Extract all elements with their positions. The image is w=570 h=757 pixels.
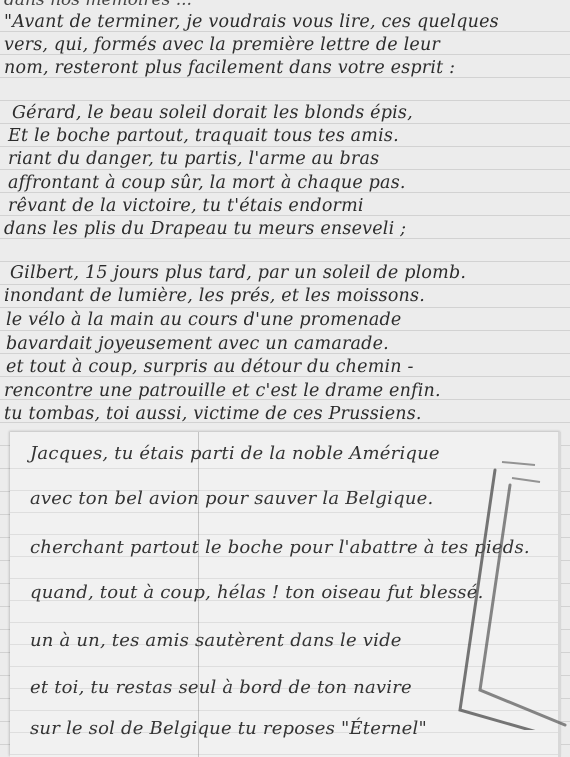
verse-line: Et le boche partout, traquait tous tes a…: [8, 126, 399, 146]
verse-line: avec ton bel avion pour sauver la Belgiq…: [30, 488, 433, 509]
verse-line: dans les plis du Drapeau tu meurs enseve…: [4, 219, 406, 239]
verse-line: quand, tout à coup, hélas ! ton oiseau f…: [30, 582, 484, 603]
intro-line: nom, resteront plus facilement dans votr…: [4, 58, 455, 78]
verse-line: inondant de lumière, les prés, et les mo…: [4, 286, 425, 306]
verse-line: un à un, tes amis sautèrent dans le vide: [30, 630, 402, 651]
verse-line: sur le sol de Belgique tu reposes "Étern…: [30, 718, 427, 739]
verse-line: Gérard, le beau soleil dorait les blonds…: [12, 103, 413, 123]
verse-line: Gilbert, 15 jours plus tard, par un sole…: [10, 263, 466, 283]
verse-line: tu tombas, toi aussi, victime de ces Pru…: [4, 404, 422, 424]
verse-line: et tout à coup, surpris au détour du che…: [6, 357, 414, 377]
verse-line: riant du danger, tu partis, l'arme au br…: [8, 149, 379, 169]
verse-line: affrontant à coup sûr, la mort à chaque …: [8, 173, 406, 193]
cut-off-line: dans nos mémoires ...: [4, 0, 192, 10]
verse-line: bavardait joyeusement avec un camarade.: [6, 334, 389, 354]
intro-line: "Avant de terminer, je voudrais vous lir…: [4, 12, 499, 32]
intro-line: vers, qui, formés avec la première lettr…: [4, 35, 440, 55]
pencil-bracket-mark: [440, 460, 570, 730]
verse-line: le vélo à la main au cours d'une promena…: [6, 310, 401, 330]
verse-line: rencontre une patrouille et c'est le dra…: [4, 381, 441, 401]
verse-line: et toi, tu restas seul à bord de ton nav…: [30, 677, 412, 698]
verse-line: Jacques, tu étais parti de la noble Amér…: [30, 443, 440, 464]
verse-line: rêvant de la victoire, tu t'étais endorm…: [8, 196, 364, 216]
